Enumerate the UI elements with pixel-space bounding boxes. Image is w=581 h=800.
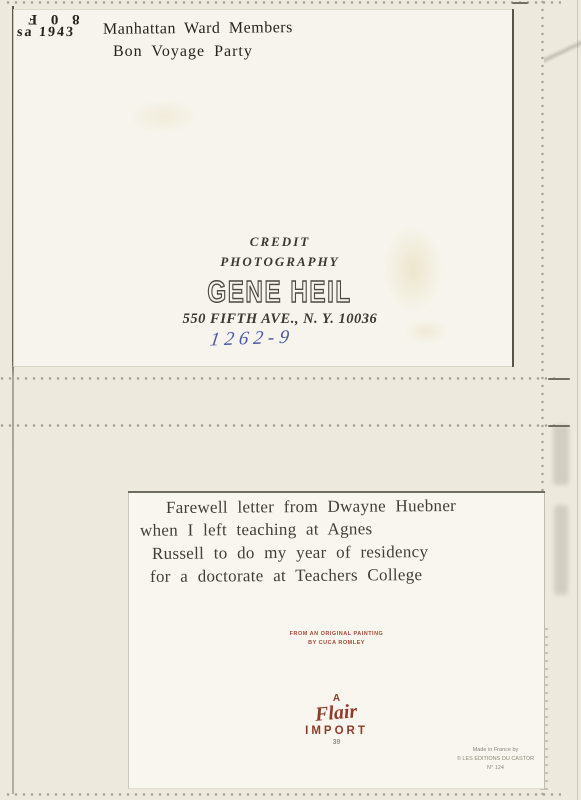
- plastic-wrinkle: [544, 6, 581, 96]
- top-photo-back: 8 0 F sa 1943 Manhattan Ward Members Bon…: [13, 9, 514, 367]
- page-right-edge: [577, 0, 578, 800]
- handwritten-note-line4: for a doctorate at Teachers College: [150, 565, 422, 587]
- handwritten-caption-line1: Manhattan Ward Members: [103, 19, 293, 39]
- painting-credit-line2: BY CUCA ROMLEY: [128, 639, 545, 648]
- sleeve-smudge: [554, 505, 568, 595]
- publisher-imprint: Made in France by © LES EDITIONS DU CAST…: [433, 746, 558, 773]
- sleeve-stitch-middle-2: [0, 424, 556, 427]
- sleeve-stitch-bottom: [6, 793, 561, 796]
- sleeve-stitch-dash-top: [512, 2, 528, 4]
- stain-mark: [128, 99, 198, 134]
- flair-logo-import: IMPORT: [128, 725, 545, 737]
- flair-import-logo: A Flair IMPORT 39: [128, 694, 545, 746]
- stain-mark: [403, 319, 448, 344]
- studio-name: GENE HEIL: [208, 276, 352, 307]
- handwritten-note-line3: Russell to do my year of residency: [152, 542, 428, 564]
- publisher-line2: © LES EDITIONS DU CASTOR: [433, 755, 558, 764]
- flair-logo-number: 39: [128, 739, 545, 746]
- sleeve-smudge: [553, 425, 569, 485]
- stamp-photography-line: PHOTOGRAPHY: [160, 254, 400, 270]
- handwritten-note-line1: Farewell letter from Dwayne Huebner: [166, 496, 456, 518]
- album-page-scan: 8 0 F sa 1943 Manhattan Ward Members Bon…: [0, 0, 581, 800]
- handwritten-negative-number: 1262-9: [208, 326, 295, 351]
- publisher-line1: Made in France by: [433, 746, 558, 755]
- sleeve-stitch-top: [6, 1, 561, 4]
- handwritten-note-line2: when I left teaching at Agnes: [140, 519, 373, 541]
- photographer-credit-stamp: CREDIT PHOTOGRAPHY GENE HEIL 550 FIFTH A…: [160, 234, 400, 328]
- stamp-credit-line: CREDIT: [160, 234, 400, 250]
- flair-logo-script: Flair: [315, 701, 359, 725]
- handwritten-caption-line2: Bon Voyage Party: [113, 43, 253, 61]
- sleeve-stitch-dash-2: [548, 425, 570, 427]
- handwritten-code: sa 1943: [16, 25, 75, 41]
- studio-address: 550 FIFTH AVE., N. Y. 10036: [160, 311, 400, 328]
- sleeve-stitch-middle-1: [0, 377, 556, 380]
- sleeve-stitch-dash-1: [548, 378, 570, 380]
- bottom-card-back: Farewell letter from Dwayne Huebner when…: [128, 491, 545, 789]
- painting-credit: FROM AN ORIGINAL PAINTING BY CUCA ROMLEY: [128, 630, 545, 648]
- publisher-line3: N° 124: [433, 764, 558, 773]
- painting-credit-line1: FROM AN ORIGINAL PAINTING: [128, 630, 545, 639]
